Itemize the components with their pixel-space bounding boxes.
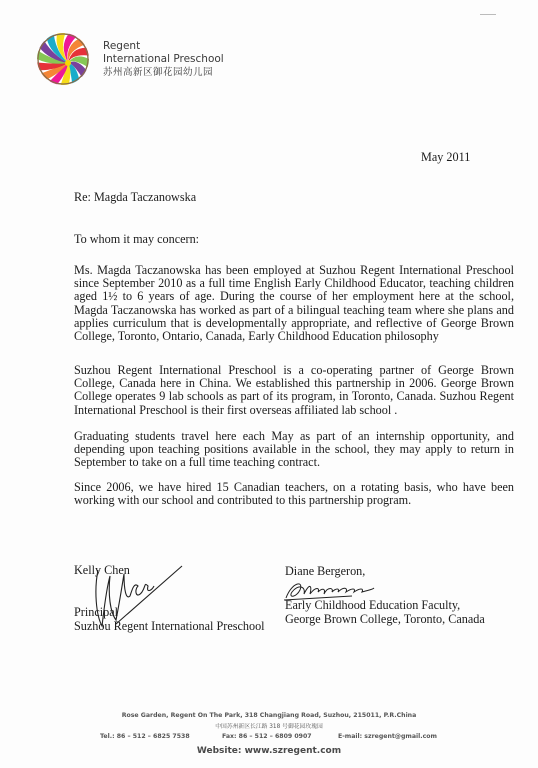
footer-email: E-mail: szregent@gmail.com (338, 733, 437, 740)
scan-artifact (480, 14, 496, 15)
letter-salutation: To whom it may concern: (74, 232, 199, 247)
signer-organization: George Brown College, Toronto, Canada (285, 612, 485, 626)
footer-address-chinese: 中国苏州新区长江路 318 号御花园玫瑰园 (0, 721, 538, 730)
brand-name-chinese: 苏州高新区御花园幼儿园 (103, 66, 224, 79)
paragraph-internship: Graduating students travel here each May… (74, 430, 514, 470)
footer-fax: Fax: 86 – 512 – 6809 0907 (222, 733, 312, 740)
brand-name-line1: Regent (103, 40, 224, 53)
letter-page: Regent International Preschool 苏州高新区御花园幼… (0, 0, 538, 768)
footer-tel: Tel.: 86 – 512 – 6825 7538 (100, 733, 190, 740)
paragraph-partnership: Suzhou Regent International Preschool is… (74, 364, 514, 417)
footer-address: Rose Garden, Regent On The Park, 318 Cha… (0, 712, 538, 719)
letter-subject: Re: Magda Taczanowska (74, 190, 196, 205)
pinwheel-logo-icon (37, 33, 89, 85)
signature-kelly-chen (86, 560, 186, 632)
school-brand: Regent International Preschool 苏州高新区御花园幼… (103, 40, 224, 79)
brand-name-line2: International Preschool (103, 53, 224, 66)
footer-website: Website: www.szregent.com (0, 746, 538, 756)
paragraph-hiring: Since 2006, we have hired 15 Canadian te… (74, 481, 514, 507)
signature-diane-bergeron (282, 576, 402, 602)
letter-date: May 2011 (421, 150, 470, 165)
paragraph-employment: Ms. Magda Taczanowska has been employed … (74, 264, 514, 343)
